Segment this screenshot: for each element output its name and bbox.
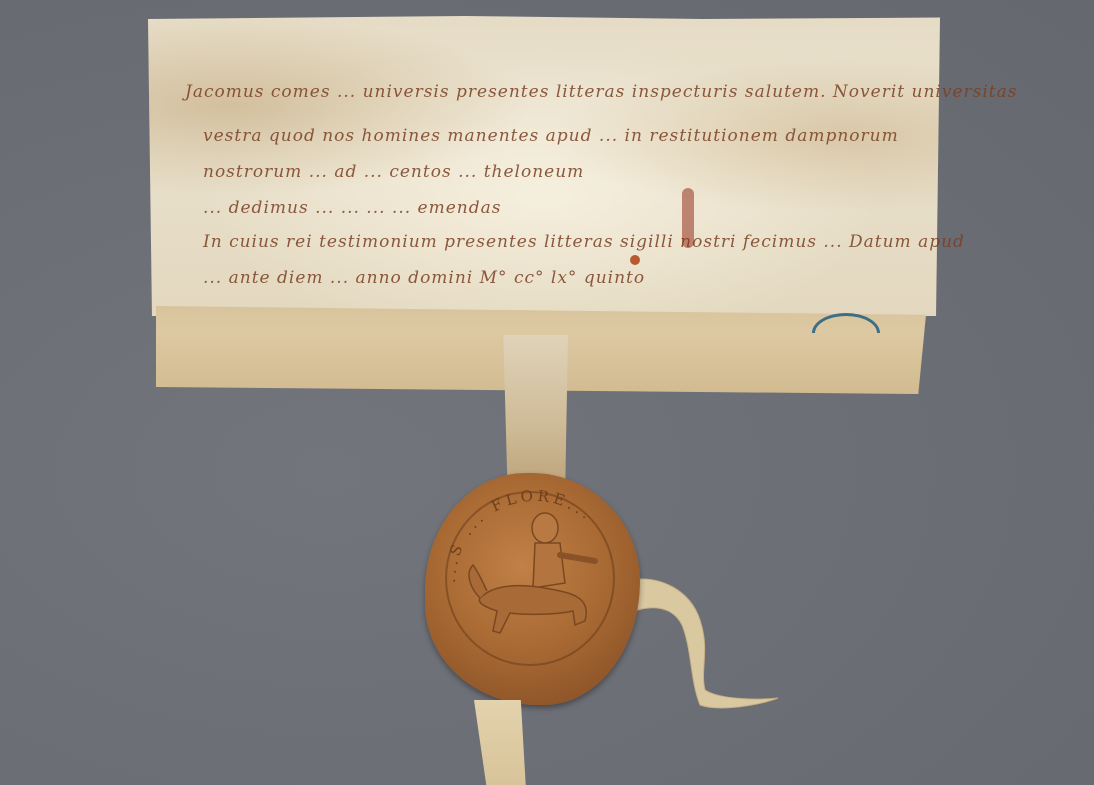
text-line-2: vestra quod nos homines manentes apud ..… [203, 126, 899, 154]
archive-stamp [812, 313, 882, 333]
seal-tag-upper [502, 335, 568, 480]
red-dot [630, 255, 640, 265]
wax-seal: ...S ... FLORE... [425, 473, 640, 705]
text-line-3: nostrorum ... ad ... centos ... theloneu… [203, 162, 584, 190]
text-line-5: In cuius rei testimonium presentes litte… [203, 232, 965, 260]
red-wax-trace [682, 188, 694, 248]
text-line-1: Jacomus comes ... universis presentes li… [185, 82, 1017, 110]
text-line-4: ... dedimus ... ... ... ... emendas [203, 198, 501, 226]
text-line-6: ... ante diem ... anno domini M° cc° lx°… [203, 268, 645, 296]
equestrian-figure-icon [465, 503, 605, 653]
